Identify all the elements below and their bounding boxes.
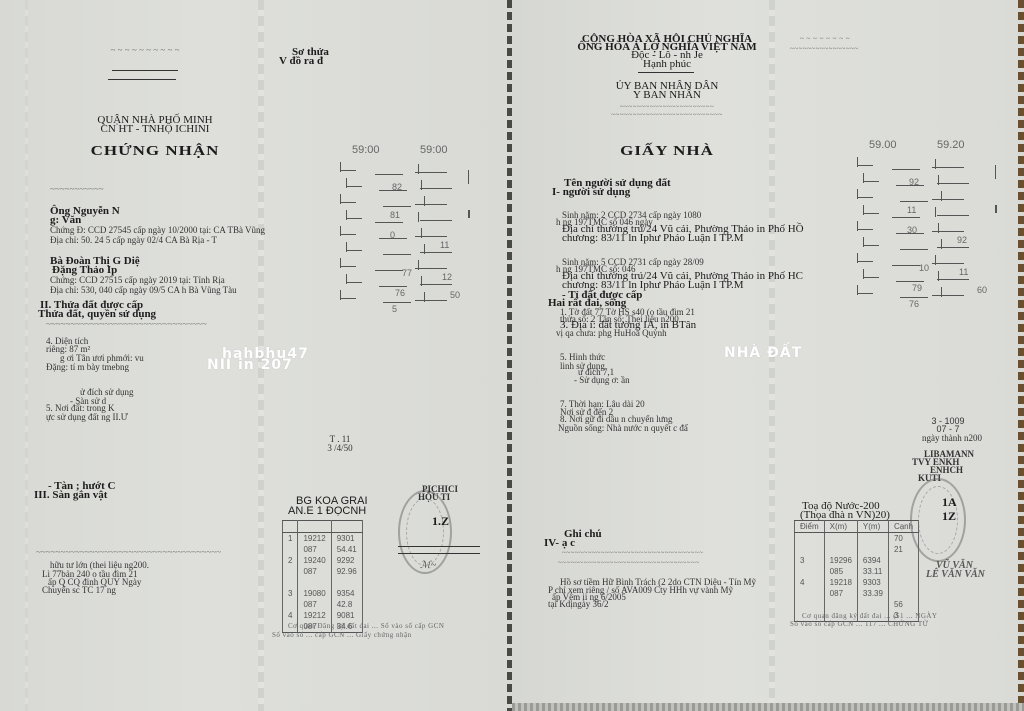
plot-boundary-line — [340, 266, 356, 267]
land-plot-diagram: 59:0059:008281077765111250 — [330, 140, 480, 320]
plot-boundary-line — [420, 284, 452, 285]
plot-boundary-line — [857, 165, 873, 166]
plot-boundary-line — [863, 237, 864, 247]
plot-boundary-line — [892, 169, 920, 170]
table-cell: 087 — [298, 566, 331, 577]
plot-boundary-line — [937, 183, 969, 184]
signature-rule — [398, 553, 480, 554]
plot-boundary-line — [892, 265, 920, 266]
plot-boundary-line — [340, 234, 356, 235]
table-cell: 70 — [888, 533, 918, 545]
parcel-item: - Sử dụng ơ: ần — [574, 376, 630, 385]
stamp-value: 1.Z — [432, 515, 449, 527]
watermark: NII in 207 — [207, 357, 293, 373]
plot-boundary-line — [857, 221, 858, 231]
table-cell: 21 — [888, 544, 918, 555]
blurred-text: ~~~~~~~~~~~~~~~~~~~~~~~~~~~~~~~~~ — [562, 550, 703, 557]
table-row — [283, 577, 363, 588]
coordinate-table: ĐiểmX(m)Y(m)Cạnh7021319296639408533.1141… — [794, 520, 919, 622]
plot-boundary-line — [995, 205, 997, 213]
table-cell: 19296 — [824, 555, 857, 566]
date-label: 3 /4/50 — [310, 444, 370, 453]
plot-dimension-label: 30 — [907, 225, 917, 235]
plot-boundary-line — [932, 167, 964, 168]
plot-boundary-line — [857, 157, 858, 167]
plot-boundary-line — [941, 287, 942, 297]
plot-boundary-line — [346, 178, 347, 188]
table-header-cell: X(m) — [824, 521, 857, 533]
plot-boundary-line — [857, 229, 873, 230]
table-row: 08733.39 — [795, 588, 919, 599]
plot-boundary-line — [383, 254, 411, 255]
plot-boundary-line — [863, 277, 879, 278]
plot-boundary-line — [346, 186, 362, 187]
plot-diagram-sublabel: V đồ ra đ — [279, 56, 323, 67]
table-cell: 3 — [283, 588, 298, 599]
table-cell: 9081 — [331, 610, 362, 621]
plot-boundary-line — [340, 290, 341, 300]
plot-boundary-line — [346, 218, 362, 219]
table-cell — [283, 544, 298, 555]
plot-boundary-line — [857, 189, 858, 199]
plot-boundary-line — [420, 220, 452, 221]
blurred-text: ~~~~~~~~~~~~~~~~~~~~~~~~~~~~~~~~~ — [46, 320, 207, 329]
plot-boundary-line — [935, 159, 936, 169]
background-surface — [512, 703, 1024, 711]
plot-boundary-line — [424, 244, 425, 254]
table-cell — [331, 577, 362, 588]
table-cell — [857, 544, 888, 555]
plot-boundary-line — [932, 263, 964, 264]
table-row: 4192129081 — [283, 610, 363, 621]
plot-dimension-label: 81 — [390, 210, 400, 220]
table-cell: 19212 — [298, 610, 331, 621]
plot-boundary-line — [863, 205, 864, 215]
table-cell: 56 — [888, 599, 918, 610]
table-cell — [795, 544, 825, 555]
table-cell: 087 — [824, 588, 857, 599]
blurred-text: ~~~~~~~~~~~ — [50, 185, 104, 194]
table-cell — [888, 555, 918, 566]
plot-boundary-line — [415, 204, 447, 205]
table-cell: 9354 — [331, 588, 362, 599]
table-row: 56 — [795, 599, 919, 610]
table-row: 70 — [795, 533, 919, 545]
plot-boundary-line — [420, 188, 452, 189]
plot-dimension-label: 92 — [957, 235, 967, 245]
plot-boundary-line — [896, 281, 924, 282]
plot-boundary-line — [900, 297, 928, 298]
table-row: 08533.11 — [795, 566, 919, 577]
plot-dimension-label: 11 — [959, 267, 968, 277]
table-cell: 085 — [824, 566, 857, 577]
plot-boundary-line — [935, 207, 936, 217]
table-cell — [824, 533, 857, 545]
plot-boundary-line — [340, 298, 356, 299]
plot-boundary-line — [340, 258, 341, 268]
stamp-value: 1A — [942, 496, 957, 508]
plot-boundary-line — [857, 285, 858, 295]
header-line-2: CN HT - TNHỘ ICHINI — [60, 124, 250, 135]
table-cell: 19212 — [298, 533, 331, 545]
plot-boundary-line — [415, 236, 447, 237]
plot-dimension-label: 50 — [450, 290, 460, 300]
watermark: NHÀ ĐẤT — [724, 345, 802, 361]
plot-boundary-line — [857, 197, 873, 198]
plot-boundary-line — [468, 210, 470, 218]
parcel-item: Nguồn sống: Nhà nước n quyết c đấ — [558, 424, 688, 433]
coord-table-subtitle: AN.E 1 ĐỌCNH — [288, 506, 366, 517]
owner1-address-line: Địa chỉ: 50. 24 5 cấp ngày 02/4 CA Bà Rị… — [50, 236, 217, 245]
land-plot-diagram: 59.0059.20921130107976921160 — [847, 135, 1007, 320]
notes-section-label: IV- ạ c — [544, 538, 575, 549]
blurred-text: ~~~~~~~~~~~~~~~~~~~~~~~~~~~~~~~~~ — [558, 560, 699, 567]
table-row: 08742.8 — [283, 599, 363, 610]
plot-dimension-label: 10 — [919, 263, 929, 273]
plot-dimension-label: 59.00 — [869, 139, 897, 151]
table-cell: 19080 — [298, 588, 331, 599]
plot-boundary-line — [892, 217, 920, 218]
plot-boundary-line — [375, 174, 403, 175]
plot-dimension-label: 82 — [392, 182, 402, 192]
plot-dimension-label: 60 — [977, 285, 987, 295]
plot-dimension-label: 76 — [395, 288, 405, 298]
plot-boundary-line — [935, 255, 936, 265]
signer-name: LÊ VĂN VĂN — [926, 570, 985, 580]
table-cell: 9303 — [857, 577, 888, 588]
plot-boundary-line — [941, 191, 942, 201]
footer-registry-line: Cơ quan Đăng ký đất đai ... Số vào sổ cấ… — [288, 623, 444, 630]
table-cell: 4 — [795, 577, 825, 588]
blurred-text: ~ ~ ~ ~ ~ ~ ~ ~ — [800, 36, 850, 43]
table-cell: 19218 — [824, 577, 857, 588]
plot-boundary-line — [379, 286, 407, 287]
plot-boundary-line — [932, 295, 964, 296]
table-cell — [857, 599, 888, 610]
plot-boundary-line — [900, 249, 928, 250]
plot-boundary-line — [424, 292, 425, 302]
plot-boundary-line — [857, 293, 873, 294]
table-cell: 087 — [298, 599, 331, 610]
table-cell: 33.11 — [857, 566, 888, 577]
sign-date-line: ngày thành n200 — [922, 434, 982, 443]
plot-dimension-label: 92 — [909, 177, 919, 187]
plot-boundary-line — [346, 274, 347, 284]
plot-boundary-line — [346, 210, 347, 220]
plot-dimension-label: 0 — [390, 230, 395, 240]
table-cell: 1 — [283, 533, 298, 545]
table-cell — [795, 533, 825, 545]
owner2-id-line: Chứng: CCD 27515 cấp ngày 2019 tại: Tỉnh… — [50, 276, 225, 285]
footer-registry-line: Số vào sổ cấp GCN ... 117 ... CHỨNG TỪ — [790, 621, 929, 628]
plot-boundary-line — [863, 245, 879, 246]
footer-registry-line: Cơ quan đăng ký đất đai ... (51 ... NGÀY — [802, 613, 938, 620]
plot-boundary-line — [995, 165, 996, 179]
plot-boundary-line — [383, 206, 411, 207]
plot-boundary-line — [346, 282, 362, 283]
footer-registry-line: Số vào sổ ... cấp GCN ... Giấy chứng nhậ… — [272, 632, 412, 639]
plot-boundary-line — [424, 196, 425, 206]
blurred-text: ~~~~~~~~~~~~~~~~~~~~~~~~~~ — [572, 112, 762, 119]
table-cell: 42.8 — [331, 599, 362, 610]
plot-dimension-label: 5 — [392, 304, 397, 314]
table-row: 3192966394 — [795, 555, 919, 566]
plot-boundary-line — [415, 300, 447, 301]
plot-boundary-line — [346, 250, 362, 251]
table-cell: 9301 — [331, 533, 362, 545]
location-detail: ực sử dụng đất ng II.Ư — [46, 413, 128, 422]
plot-boundary-line — [937, 215, 969, 216]
table-row: 3190809354 — [283, 588, 363, 599]
plot-boundary-line — [340, 226, 341, 236]
table-cell: 3 — [795, 555, 825, 566]
parcel-item: vị qa chưa: phg HuHoà Quỳnh — [556, 329, 667, 338]
blurred-text: ~~~~~~~~~~~~~~~~~~~~~~~~~~~~~~~~~~~~~~ — [36, 548, 221, 557]
table-cell — [283, 566, 298, 577]
table-header-cell: Y(m) — [857, 521, 888, 533]
table-row: 08792.96 — [283, 566, 363, 577]
owner-subheading: I- người sử dụng — [552, 187, 630, 198]
right-document-page: CỘNG HÒA XÃ HỘI CHỦ NGHĨA ÔNG HÒA Ả LỢ N… — [512, 0, 1024, 711]
table-cell — [888, 588, 918, 599]
plot-boundary-line — [863, 213, 879, 214]
table-cell — [888, 577, 918, 588]
plot-boundary-line — [938, 175, 939, 185]
table-cell — [795, 599, 825, 610]
stamp-value: 1Z — [942, 510, 956, 522]
national-motto: Hạnh phúc — [572, 59, 762, 70]
plot-boundary-line — [857, 253, 858, 263]
table-row: 08754.41 — [283, 544, 363, 555]
table-cell — [283, 599, 298, 610]
note-line: Chuyển sc TC 17 ng — [42, 586, 116, 595]
plot-boundary-line — [421, 228, 422, 238]
plot-boundary-line — [340, 202, 356, 203]
table-cell: 6394 — [857, 555, 888, 566]
plot-boundary-line — [340, 162, 341, 172]
signature: ℳ~ — [420, 560, 436, 571]
plot-boundary-line — [418, 212, 419, 222]
table-cell — [298, 577, 331, 588]
plot-boundary-line — [938, 271, 939, 281]
owner2-address-line: Địa chỉ: 530, 040 cấp ngày 09/5 CA h Bà … — [50, 286, 237, 295]
plot-boundary-line — [937, 279, 969, 280]
table-cell: 54.41 — [331, 544, 362, 555]
table-cell — [795, 588, 825, 599]
plot-boundary-line — [375, 222, 403, 223]
certificate-title: CHỨNG NHẬN — [60, 144, 250, 158]
table-cell — [795, 566, 825, 577]
area-detail: Đặng: tí m bày tmebng — [46, 363, 129, 372]
plot-boundary-line — [863, 173, 864, 183]
plot-dimension-label: 59:00 — [352, 144, 380, 156]
plot-boundary-line — [941, 239, 942, 249]
table-row: 21 — [795, 544, 919, 555]
section-three-subheading: III. Sàn gắn vật — [34, 490, 107, 501]
plot-boundary-line — [415, 268, 447, 269]
plot-dimension-label: 76 — [909, 299, 919, 309]
note-line: tại Kdịngày 36/2 — [548, 600, 609, 609]
header-blurred-line: ~ ~ ~ ~ ~ ~ ~ ~ ~ ~ — [80, 46, 210, 55]
plot-boundary-line — [415, 172, 447, 173]
plot-boundary-line — [340, 170, 356, 171]
table-header-cell: Cạnh — [888, 521, 918, 533]
table-cell — [283, 577, 298, 588]
coordinate-table: 119212930108754.41219240929208792.963190… — [282, 520, 363, 633]
office-name: Y BAN NHÂN — [572, 90, 762, 101]
table-cell: 9292 — [331, 555, 362, 566]
blurred-text: ~~~~~~~~~~~~~~~~~~~~~~ — [572, 104, 762, 111]
table-cell — [857, 533, 888, 545]
signer-title: HỘU TI — [418, 493, 450, 502]
plot-boundary-line — [418, 164, 419, 174]
plot-dimension-label: 59.20 — [937, 139, 965, 151]
binding-stitches — [1018, 0, 1024, 711]
table-row: 4192189303 — [795, 577, 919, 588]
header-rule — [112, 70, 178, 71]
page-edge — [25, 0, 28, 711]
table-cell — [824, 544, 857, 555]
plot-boundary-line — [932, 231, 964, 232]
plot-dimension-label: 59:00 — [420, 144, 448, 156]
table-cell: 4 — [283, 610, 298, 621]
plot-boundary-line — [863, 181, 879, 182]
table-header-row: ĐiểmX(m)Y(m)Cạnh — [795, 521, 919, 533]
left-document-page: ~ ~ ~ ~ ~ ~ ~ ~ ~ ~ QUẬN NHÀ PHỐ MINH CN… — [0, 0, 510, 711]
header-rule — [638, 72, 694, 73]
plot-boundary-line — [857, 261, 873, 262]
plot-boundary-line — [383, 302, 411, 303]
plot-boundary-line — [900, 201, 928, 202]
plot-dimension-label: 79 — [912, 283, 922, 293]
plot-boundary-line — [421, 276, 422, 286]
plot-dimension-label: 77 — [402, 268, 412, 278]
table-cell: 2 — [283, 555, 298, 566]
plot-boundary-line — [938, 223, 939, 233]
table-cell: 087 — [298, 544, 331, 555]
plot-boundary-line — [340, 194, 341, 204]
plot-dimension-label: 11 — [440, 240, 449, 250]
header-rule — [108, 79, 176, 80]
plot-boundary-line — [375, 270, 403, 271]
table-cell: 19240 — [298, 555, 331, 566]
table-cell — [888, 566, 918, 577]
plot-boundary-line — [932, 199, 964, 200]
owner1-address: chương: 83/11 ln Iphư Pháo Luận I TP.M — [562, 233, 744, 244]
plot-boundary-line — [421, 180, 422, 190]
table-cell: 92.96 — [331, 566, 362, 577]
certificate-title: GIẤY NHÀ — [572, 144, 762, 158]
blurred-text: ~~~~~~~~~~~~~~~~ — [790, 46, 859, 53]
plot-boundary-line — [418, 260, 419, 270]
table-row: 1192129301 — [283, 533, 363, 545]
plot-dimension-label: 11 — [907, 205, 916, 215]
table-header-cell: Điểm — [795, 521, 825, 533]
table-cell: 33.39 — [857, 588, 888, 599]
signature-rule — [398, 546, 480, 547]
plot-boundary-line — [346, 242, 347, 252]
plot-dimension-label: 12 — [442, 272, 452, 282]
table-row: 2192409292 — [283, 555, 363, 566]
plot-boundary-line — [863, 269, 864, 279]
owner1-id-line: Chứng Đ: CCD 27545 cấp ngày 10/2000 tại:… — [50, 226, 265, 235]
table-cell — [824, 599, 857, 610]
plot-boundary-line — [468, 170, 469, 184]
table-header-row — [283, 521, 363, 533]
